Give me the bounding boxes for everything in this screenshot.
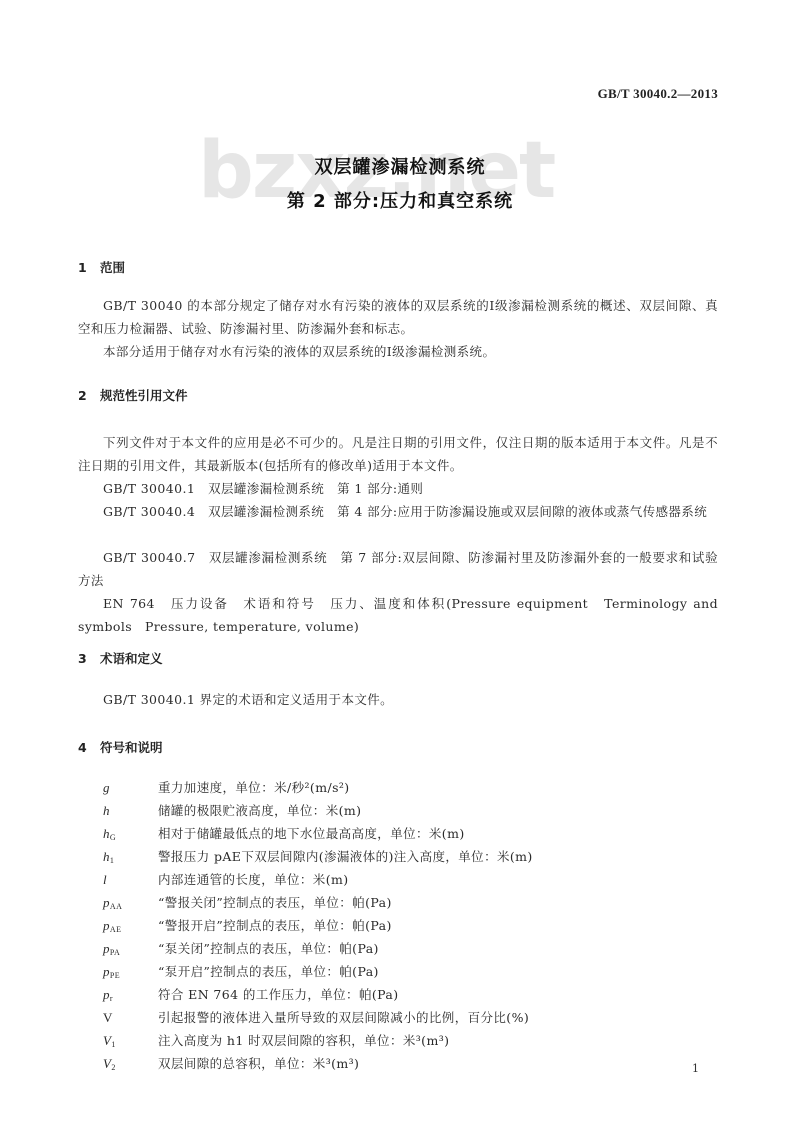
section-1-paragraph-2: 本部分适用于储存对水有污染的液体的双层系统的Ⅰ级渗漏检测系统。	[78, 340, 718, 363]
symbol-description: 警报压力 pAE下双层间隙内(渗漏液体的)注入高度，单位：米(m)	[158, 847, 533, 865]
symbol: pAA	[103, 895, 158, 911]
symbol-row: pPA“泵关闭”控制点的表压，单位：帕(Pa)	[103, 939, 379, 957]
symbol-row: l内部连通管的长度，单位：米(m)	[103, 870, 349, 888]
section-3-heading: 3术语和定义	[78, 649, 163, 667]
symbol-row: pr符合 EN 764 的工作压力，单位：帕(Pa)	[103, 985, 399, 1003]
document-title-line2: 第 2 部分:压力和真空系统	[0, 187, 800, 213]
symbol: hG	[103, 826, 158, 842]
symbol-description: 重力加速度，单位：米/秒²(m/s²)	[158, 778, 350, 796]
symbol-row: pAE“警报开启”控制点的表压，单位：帕(Pa)	[103, 916, 392, 934]
section-number: 4	[78, 740, 100, 755]
section-4-heading: 4符号和说明	[78, 738, 163, 756]
section-2-paragraph-1: 下列文件对于本文件的应用是必不可少的。凡是注日期的引用文件，仅注日期的版本适用于…	[78, 431, 718, 477]
reference-item: GB/T 30040.4 双层罐渗漏检测系统 第 4 部分:应用于防渗漏设施或双…	[78, 500, 718, 523]
document-page: GB/T 30040.2—2013 bzxz.net 双层罐渗漏检测系统 第 2…	[0, 0, 800, 1131]
section-number: 1	[78, 260, 100, 275]
reference-item: EN 764 压力设备 术语和符号 压力、温度和体积(Pressure equi…	[78, 592, 718, 638]
symbol-row: g重力加速度，单位：米/秒²(m/s²)	[103, 778, 350, 796]
symbol-description: 注入高度为 h1 时双层间隙的容积，单位：米³(m³)	[158, 1031, 449, 1049]
symbol-description: 内部连通管的长度，单位：米(m)	[158, 870, 349, 888]
symbol-row: pAA“警报关闭”控制点的表压，单位：帕(Pa)	[103, 893, 392, 911]
symbol-description: “泵开启”控制点的表压，单位：帕(Pa)	[158, 962, 379, 980]
symbol-description: “泵关闭”控制点的表压，单位：帕(Pa)	[158, 939, 379, 957]
document-title-line1: 双层罐渗漏检测系统	[0, 153, 800, 179]
section-number: 3	[78, 651, 100, 666]
symbol-description: 符合 EN 764 的工作压力，单位：帕(Pa)	[158, 985, 399, 1003]
symbol: V1	[103, 1033, 158, 1049]
symbol: h1	[103, 849, 158, 865]
symbol-description: 双层间隙的总容积，单位：米³(m³)	[158, 1054, 359, 1072]
symbol-row: V1注入高度为 h1 时双层间隙的容积，单位：米³(m³)	[103, 1031, 449, 1049]
symbol: h	[103, 803, 158, 819]
section-1-heading: 1范围	[78, 258, 125, 276]
symbol: V2	[103, 1056, 158, 1072]
section-number: 2	[78, 388, 100, 403]
page-number: 1	[692, 1062, 699, 1075]
symbol-description: 引起报警的液体进入量所导致的双层间隙减小的比例，百分比(%)	[158, 1008, 529, 1026]
symbol: pr	[103, 987, 158, 1003]
symbol-description: “警报关闭”控制点的表压，单位：帕(Pa)	[158, 893, 392, 911]
reference-item: GB/T 30040.1 双层罐渗漏检测系统 第 1 部分:通则	[78, 477, 718, 500]
section-title: 符号和说明	[100, 740, 163, 755]
symbol-row: h储罐的极限贮液高度，单位：米(m)	[103, 801, 361, 819]
section-1-paragraph-1: GB/T 30040 的本部分规定了储存对水有污染的液体的双层系统的Ⅰ级渗漏检测…	[78, 294, 718, 340]
symbol-row: h1警报压力 pAE下双层间隙内(渗漏液体的)注入高度，单位：米(m)	[103, 847, 533, 865]
symbol: l	[103, 872, 158, 888]
symbol-row: V2双层间隙的总容积，单位：米³(m³)	[103, 1054, 359, 1072]
symbol: V	[103, 1010, 158, 1026]
symbol-description: 储罐的极限贮液高度，单位：米(m)	[158, 801, 361, 819]
section-title: 范围	[100, 260, 125, 275]
section-2-heading: 2规范性引用文件	[78, 386, 188, 404]
section-3-paragraph-1: GB/T 30040.1 界定的术语和定义适用于本文件。	[78, 688, 718, 711]
section-title: 规范性引用文件	[100, 388, 188, 403]
standard-code: GB/T 30040.2—2013	[598, 86, 718, 102]
symbol-description: 相对于储罐最低点的地下水位最高高度，单位：米(m)	[158, 824, 465, 842]
section-title: 术语和定义	[100, 651, 163, 666]
symbol: pPA	[103, 941, 158, 957]
symbol-description: “警报开启”控制点的表压，单位：帕(Pa)	[158, 916, 392, 934]
symbol: g	[103, 780, 158, 796]
symbol: pPE	[103, 964, 158, 980]
symbol-row: hG相对于储罐最低点的地下水位最高高度，单位：米(m)	[103, 824, 465, 842]
symbol-row: V引起报警的液体进入量所导致的双层间隙减小的比例，百分比(%)	[103, 1008, 529, 1026]
symbol: pAE	[103, 918, 158, 934]
reference-item: GB/T 30040.7 双层罐渗漏检测系统 第 7 部分:双层间隙、防渗漏衬里…	[78, 546, 718, 592]
symbol-row: pPE“泵开启”控制点的表压，单位：帕(Pa)	[103, 962, 379, 980]
